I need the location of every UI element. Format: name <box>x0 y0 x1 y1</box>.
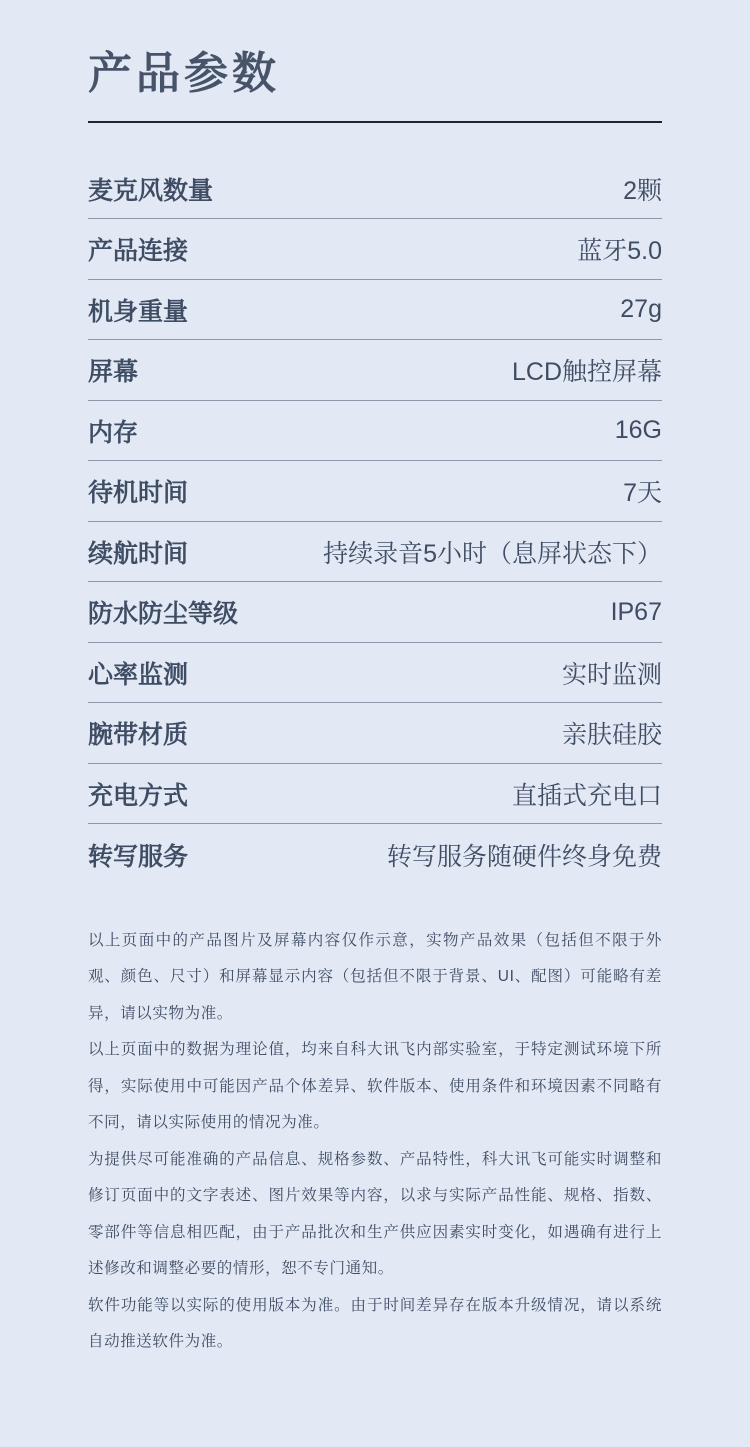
spec-value: 7天 <box>623 473 662 509</box>
spec-label: 心率监测 <box>88 655 188 691</box>
spec-value: 亲肤硅胶 <box>562 715 662 751</box>
spec-label: 充电方式 <box>88 776 188 812</box>
spec-value: LCD触控屏幕 <box>512 352 662 388</box>
spec-label: 内存 <box>88 413 138 449</box>
spec-label: 转写服务 <box>88 837 188 873</box>
spec-row: 充电方式 直插式充电口 <box>88 764 662 825</box>
spec-row: 内存 16G <box>88 401 662 462</box>
spec-row: 机身重量 27g <box>88 280 662 341</box>
spec-row: 麦克风数量 2颗 <box>88 159 662 220</box>
spec-value: 蓝牙5.0 <box>577 231 662 267</box>
spec-label: 屏幕 <box>88 352 138 388</box>
spec-value: 2颗 <box>623 171 662 207</box>
spec-label: 麦克风数量 <box>88 171 213 207</box>
spec-label: 腕带材质 <box>88 715 188 751</box>
spec-value: 转写服务随硬件终身免费 <box>387 837 662 873</box>
spec-label: 续航时间 <box>88 534 188 570</box>
disclaimer-section: 以上页面中的产品图片及屏幕内容仅作示意，实物产品效果（包括但不限于外观、颜色、尺… <box>88 923 662 1361</box>
spec-row: 续航时间 持续录音5小时（息屏状态下） <box>88 522 662 583</box>
spec-value: 27g <box>620 295 662 324</box>
spec-row: 转写服务 转写服务随硬件终身免费 <box>88 824 662 885</box>
spec-value: 直插式充电口 <box>512 776 662 812</box>
title-underline <box>88 121 662 123</box>
disclaimer-paragraph: 软件功能等以实际的使用版本为准。由于时间差异存在版本升级情况，请以系统自动推送软… <box>88 1288 662 1361</box>
spec-row: 防水防尘等级 IP67 <box>88 582 662 643</box>
disclaimer-paragraph: 以上页面中的数据为理论值，均来自科大讯飞内部实验室，于特定测试环境下所得，实际使… <box>88 1032 662 1142</box>
spec-label: 产品连接 <box>88 231 188 267</box>
spec-label: 待机时间 <box>88 473 188 509</box>
spec-value: 实时监测 <box>562 655 662 691</box>
spec-row: 待机时间 7天 <box>88 461 662 522</box>
spec-value: 16G <box>615 416 662 445</box>
page-title: 产品参数 <box>88 48 662 101</box>
disclaimer-paragraph: 以上页面中的产品图片及屏幕内容仅作示意，实物产品效果（包括但不限于外观、颜色、尺… <box>88 923 662 1033</box>
spec-row: 心率监测 实时监测 <box>88 643 662 704</box>
spec-row: 腕带材质 亲肤硅胶 <box>88 703 662 764</box>
disclaimer-paragraph: 为提供尽可能准确的产品信息、规格参数、产品特性，科大讯飞可能实时调整和修订页面中… <box>88 1142 662 1288</box>
spec-value: IP67 <box>611 598 662 627</box>
spec-row: 产品连接 蓝牙5.0 <box>88 219 662 280</box>
spec-label: 防水防尘等级 <box>88 594 238 630</box>
spec-value: 持续录音5小时（息屏状态下） <box>323 534 662 570</box>
spec-label: 机身重量 <box>88 292 188 328</box>
spec-row: 屏幕 LCD触控屏幕 <box>88 340 662 401</box>
product-specs-page: 产品参数 麦克风数量 2颗 产品连接 蓝牙5.0 机身重量 27g 屏幕 LCD… <box>0 0 750 1447</box>
spec-table: 麦克风数量 2颗 产品连接 蓝牙5.0 机身重量 27g 屏幕 LCD触控屏幕 … <box>88 159 662 885</box>
